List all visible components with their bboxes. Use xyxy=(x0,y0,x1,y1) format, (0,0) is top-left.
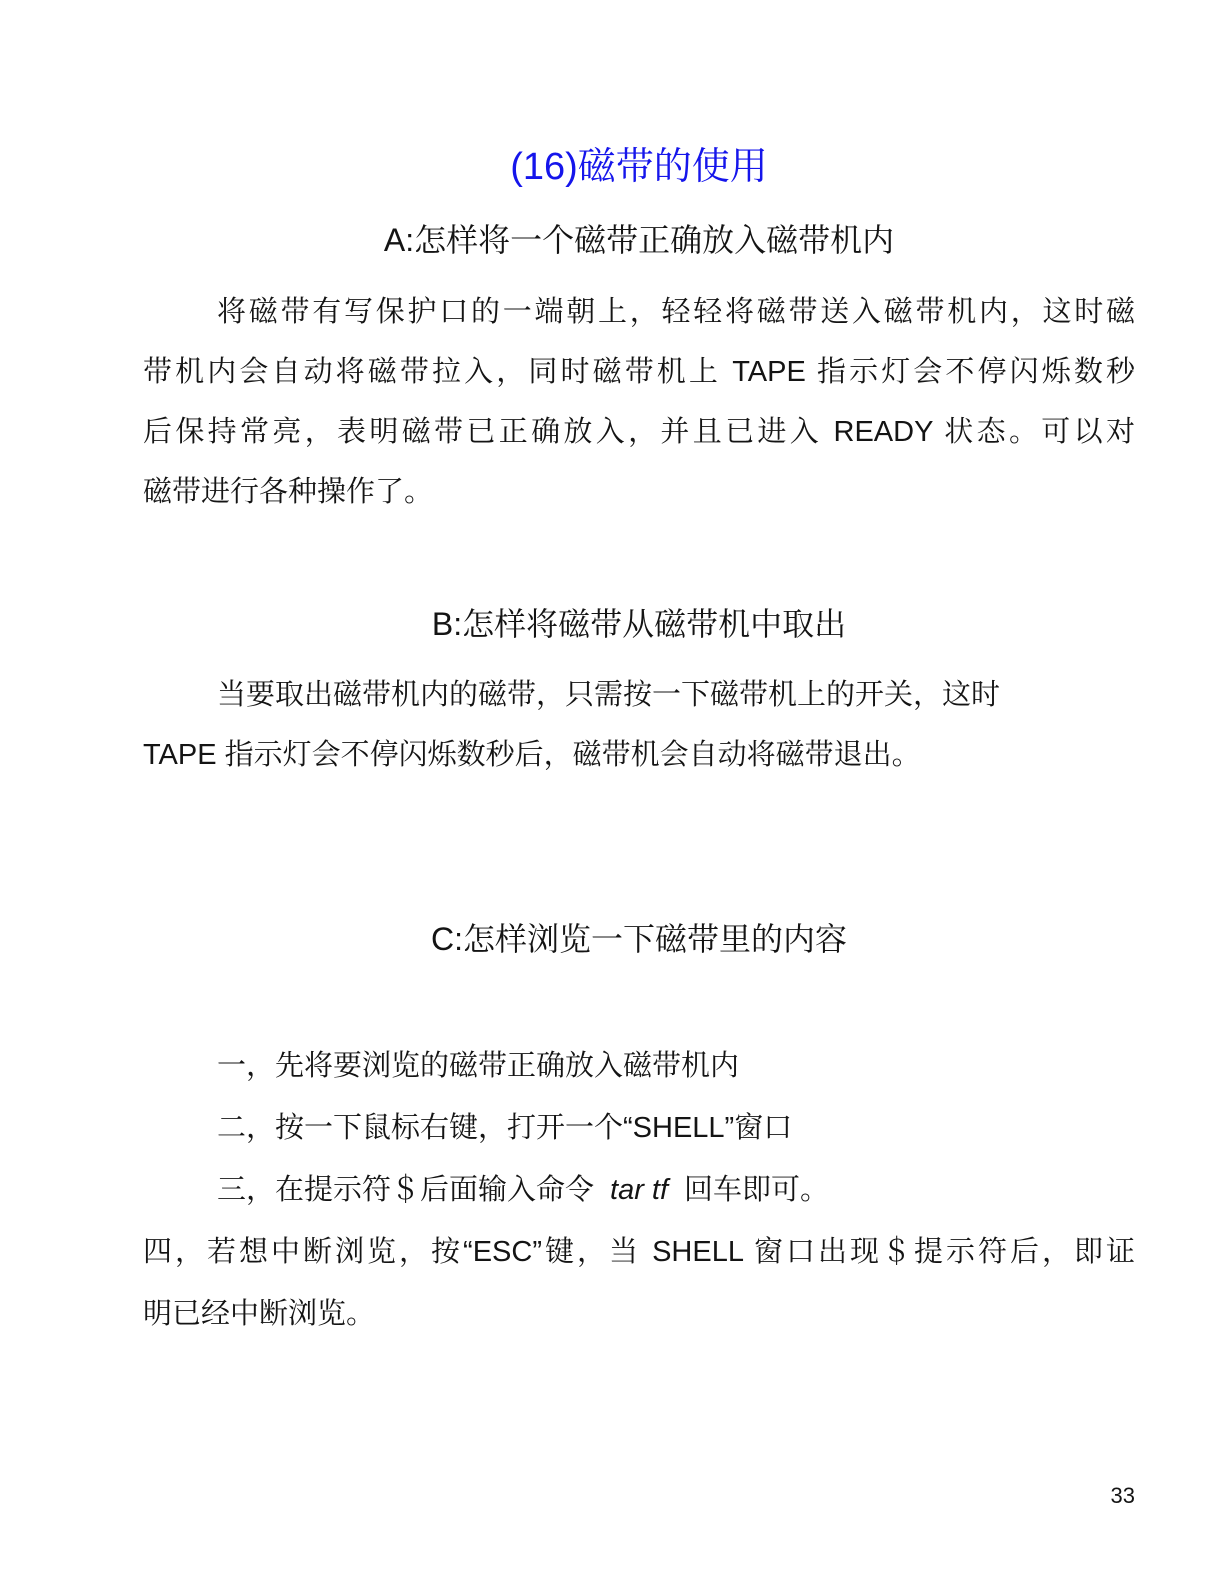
paragraph-line: TAPE 指示灯会不停闪烁数秒后，磁带机会自动将磁带退出。 xyxy=(143,725,1135,785)
document-page: (16)磁带的使用 A:怎样将一个磁带正确放入磁带机内 将磁带有写保护口的一端朝… xyxy=(0,0,1224,1584)
document-content: (16)磁带的使用 A:怎样将一个磁带正确放入磁带机内 将磁带有写保护口的一端朝… xyxy=(143,0,1135,1345)
step-item-1: 一，先将要浏览的磁带正确放入磁带机内 xyxy=(143,1035,1135,1097)
paragraph-line: 带机内会自动将磁带拉入，同时磁带机上 TAPE 指示灯会不停闪烁数秒 xyxy=(143,342,1135,402)
page-number: 33 xyxy=(143,1482,1135,1510)
page-title: (16)磁带的使用 xyxy=(143,144,1135,190)
paragraph-line: 将磁带有写保护口的一端朝上，轻轻将磁带送入磁带机内，这时磁 xyxy=(143,282,1135,342)
paragraph-line: 后保持常亮，表明磁带已正确放入，并且已进入 READY 状态。可以对 xyxy=(143,402,1135,462)
section-a-paragraph: 将磁带有写保护口的一端朝上，轻轻将磁带送入磁带机内，这时磁 带机内会自动将磁带拉… xyxy=(143,282,1135,522)
step-item-4-line-1: 四，若想中断浏览，按“ESC”键，当 SHELL 窗口出现＄提示符后，即证 xyxy=(143,1221,1135,1283)
step-3-text-end: 回车即可。 xyxy=(684,1174,829,1206)
step-item-4-line-2: 明已经中断浏览。 xyxy=(143,1283,1135,1345)
paragraph-line: 当要取出磁带机内的磁带，只需按一下磁带机上的开关，这时 xyxy=(143,665,1135,725)
section-c-steps: 一，先将要浏览的磁带正确放入磁带机内 二，按一下鼠标右键，打开一个“SHELL”… xyxy=(143,1035,1135,1345)
step-item-2: 二，按一下鼠标右键，打开一个“SHELL”窗口 xyxy=(143,1097,1135,1159)
section-b-heading: B:怎样将磁带从磁带机中取出 xyxy=(143,604,1135,644)
section-b-paragraph: 当要取出磁带机内的磁带，只需按一下磁带机上的开关，这时 TAPE 指示灯会不停闪… xyxy=(143,665,1135,785)
step-item-3: 三，在提示符＄后面输入命令tar tf回车即可。 xyxy=(143,1159,1135,1221)
paragraph-line: 磁带进行各种操作了。 xyxy=(143,462,1135,522)
step-3-command: tar tf xyxy=(610,1174,668,1206)
step-3-text: 三，在提示符＄后面输入命令 xyxy=(217,1174,594,1206)
section-c-heading: C:怎样浏览一下磁带里的内容 xyxy=(143,919,1135,959)
section-a-heading: A:怎样将一个磁带正确放入磁带机内 xyxy=(143,220,1135,260)
